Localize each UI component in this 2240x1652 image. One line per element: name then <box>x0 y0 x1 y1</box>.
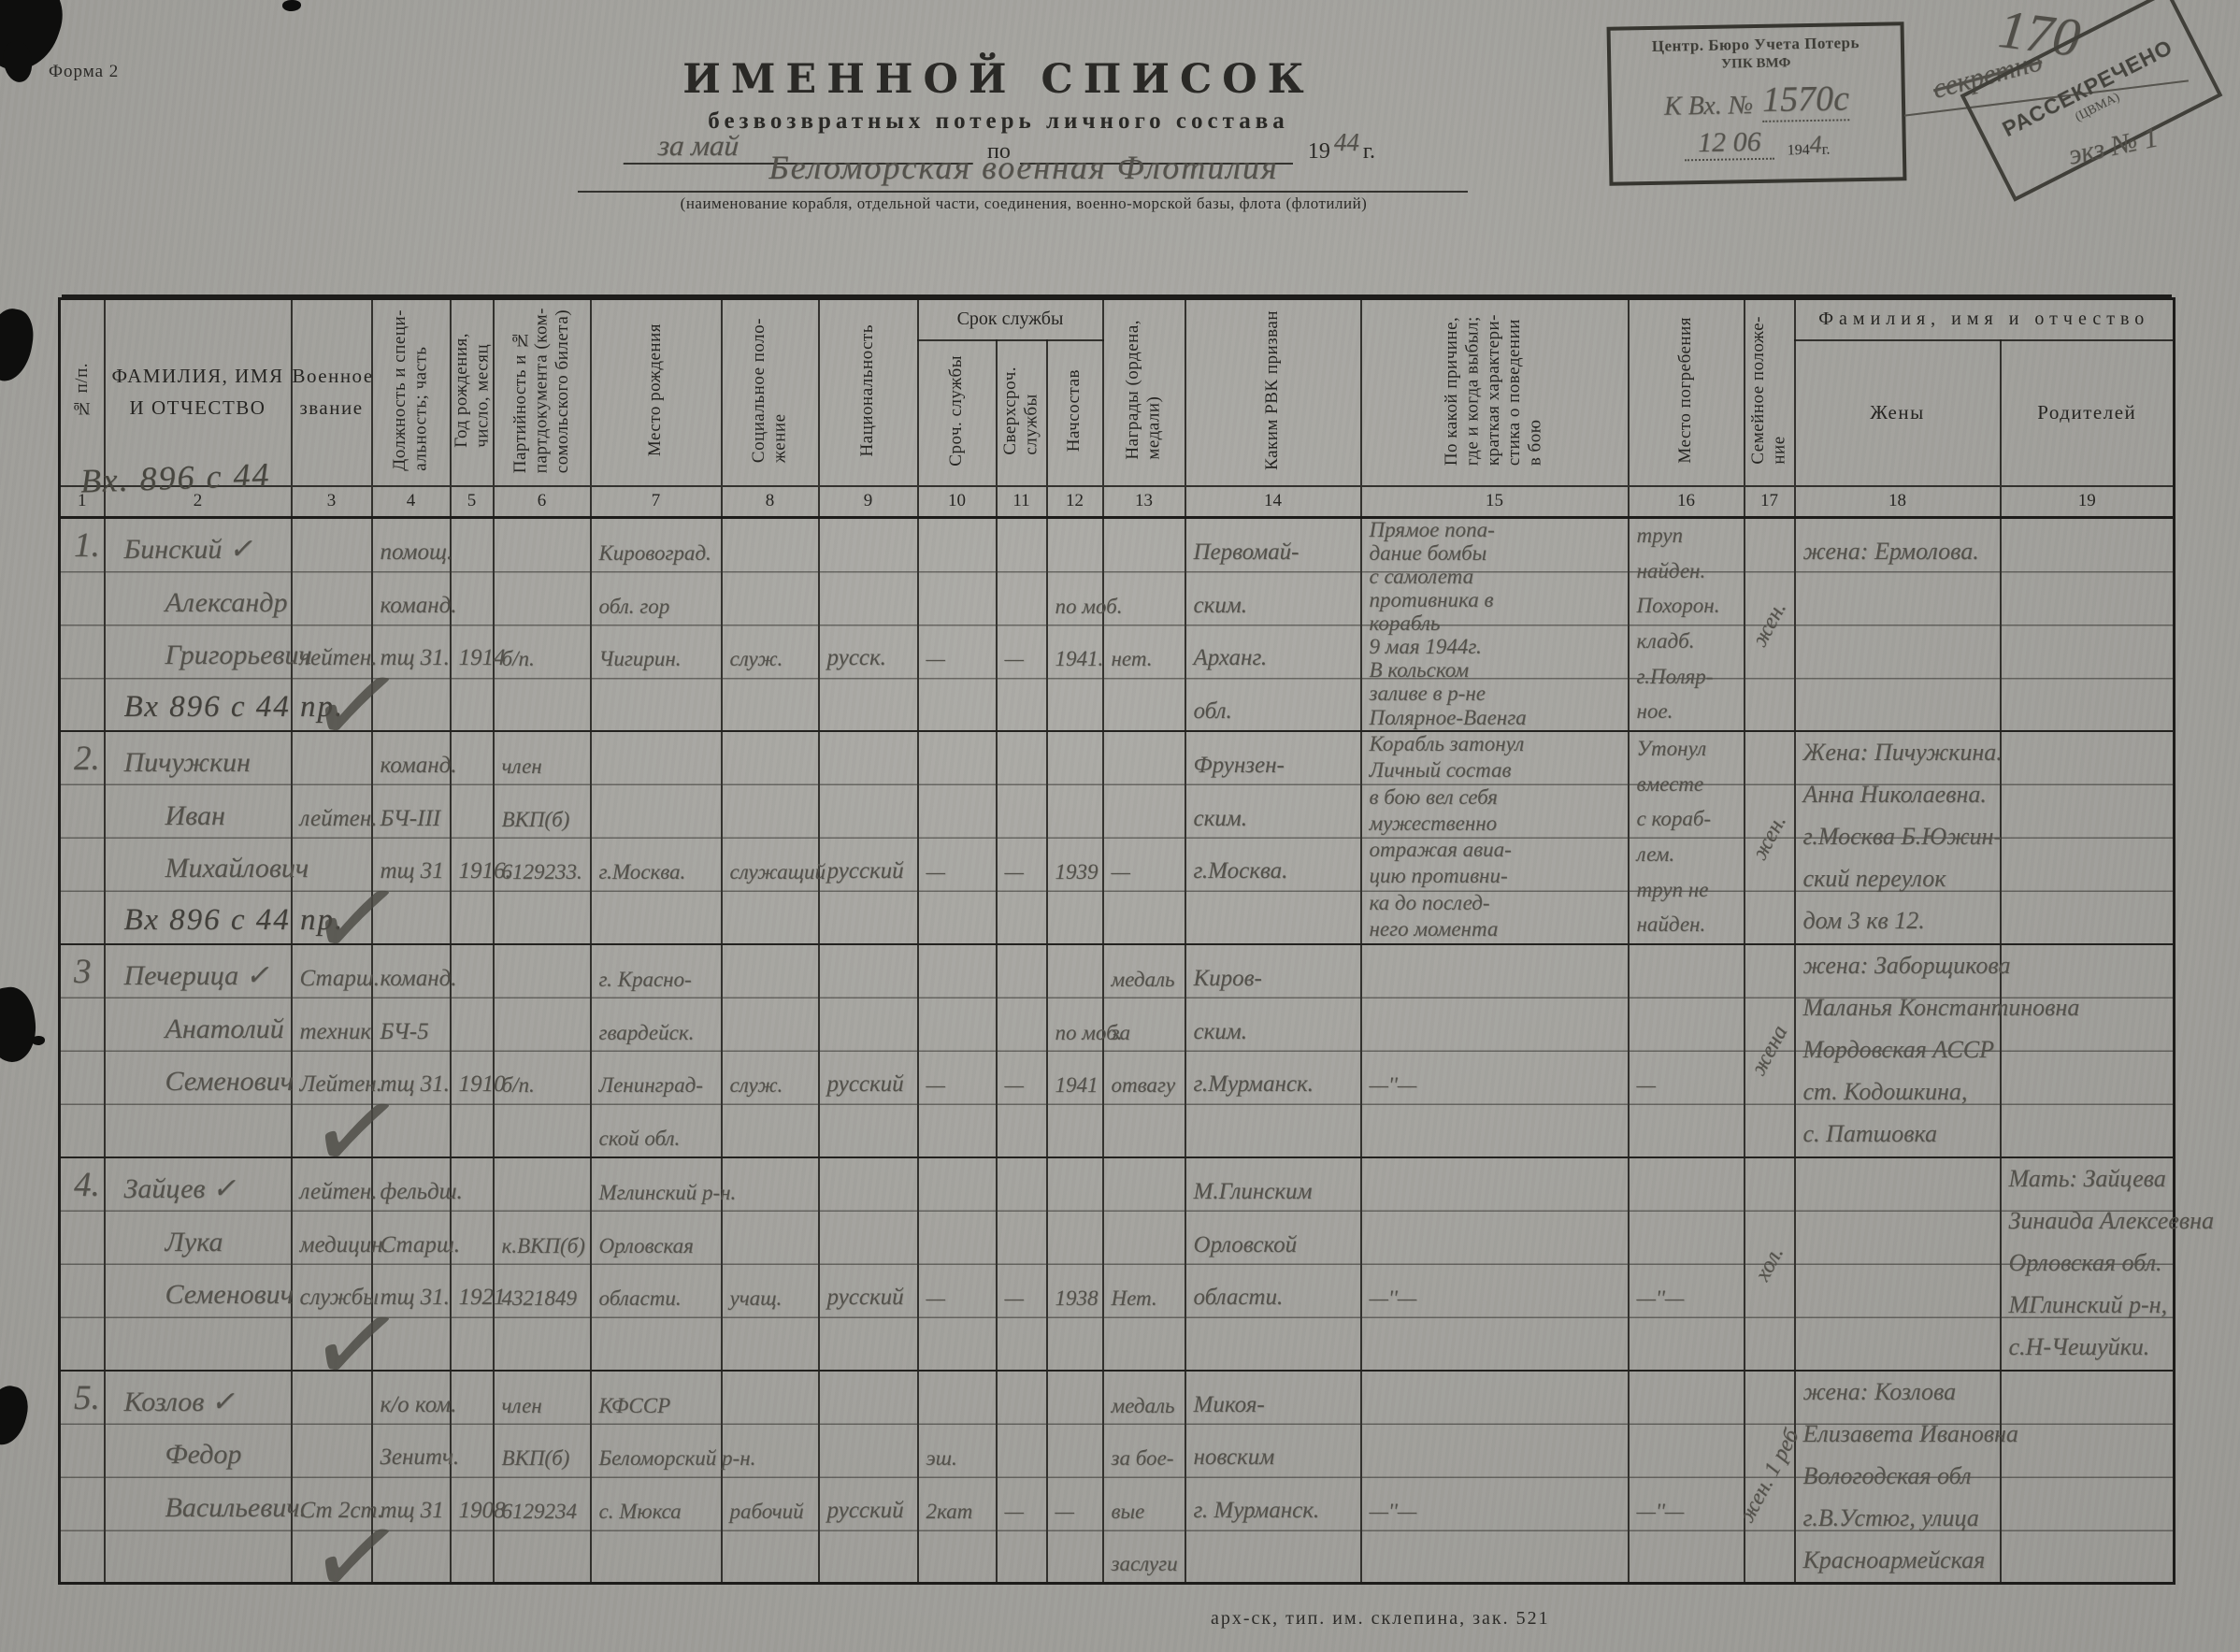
col-header-conscript: Сроч. службы <box>918 340 997 486</box>
handwritten-text: — <box>926 860 945 884</box>
entry-3-col-16: — <box>1629 944 1745 1157</box>
handwritten-text: г.Мурманск. <box>1194 1071 1314 1098</box>
handwritten-text: Федор <box>165 1439 242 1471</box>
handwritten-text: 2. <box>68 739 100 779</box>
handwritten-text: области. <box>1194 1285 1284 1311</box>
col-header-party: Партийность и № партдокумента (ком- сомо… <box>494 299 591 486</box>
column-number: 15 <box>1361 486 1629 518</box>
handwritten-text: в бою вел себя <box>1370 785 1498 810</box>
entry-5-col-4: к/о ком.Зенитч.тщ 31 <box>372 1371 451 1584</box>
scan-artifact <box>0 984 40 1066</box>
handwritten-text: Зинаида Алексеевна <box>2009 1207 2214 1235</box>
entry-5-col-8: рабочий <box>722 1371 819 1584</box>
handwritten-text: лем. <box>1637 842 1675 867</box>
handwritten-text: —''— <box>1637 1500 1685 1524</box>
entry-4-col-10: — <box>918 1157 997 1371</box>
entry-3-col-9: русский <box>819 944 918 1157</box>
entry-4-col-6: к.ВКП(б)4321849 <box>494 1157 591 1371</box>
handwritten-text: член <box>502 754 542 779</box>
handwritten-text: Орловская <box>599 1234 694 1258</box>
handwritten-text: Чигирин. <box>599 647 682 671</box>
entry-2-col-2: ПичужкинИванМихайловичВх 896 с 44 пр. <box>105 731 292 944</box>
handwritten-text: 6129233. <box>502 860 582 884</box>
stamp-entry-label: К Вх. № <box>1664 91 1754 122</box>
handwritten-text: Мглинский р-н. <box>599 1181 737 1205</box>
scan-artifact <box>282 0 301 11</box>
handwritten-text: Пичужкин <box>124 747 251 779</box>
entry-1-col-19 <box>2001 518 2175 731</box>
column-number: 9 <box>819 486 918 518</box>
handwritten-text: русский <box>827 858 904 884</box>
handwritten-text: г.Москва Б.Южин- <box>1803 823 2003 851</box>
entry-3-col-15: —''— <box>1361 944 1629 1157</box>
entry-4-col-12: 1938 <box>1047 1157 1103 1371</box>
handwritten-text: нет. <box>1112 647 1153 671</box>
handwritten-text: 2кат <box>926 1500 973 1524</box>
handwritten-text: тщ 31. <box>381 645 450 671</box>
roster-row: 4.Зайцев ✓ЛукаСеменовичлейтен.медицин.сл… <box>60 1157 2175 1371</box>
handwritten-text: КФССР <box>599 1394 671 1418</box>
handwritten-text: Кировоград. <box>599 541 711 566</box>
handwritten-text: Мордовская АССР <box>1803 1036 1994 1064</box>
handwritten-text: б/п. <box>502 1073 535 1098</box>
handwritten-text: Жена: Пичужкина. <box>1803 739 2003 767</box>
handwritten-text: 6129234 <box>502 1500 578 1524</box>
col-header-cause: По какой причине, где и когда выбыл; кра… <box>1361 299 1629 486</box>
handwritten-text: ВКП(б) <box>502 808 570 832</box>
stamp-date-digit: 4 <box>1809 131 1822 159</box>
handwritten-text: области. <box>599 1286 682 1311</box>
entry-2-col-6: членВКП(б)6129233. <box>494 731 591 944</box>
col-header-extended: Сверхсроч. службы <box>997 340 1047 486</box>
entry-4-col-4: фельдш.Старш.тщ 31. <box>372 1157 451 1371</box>
handwritten-text: Полярное-Ваенга <box>1370 706 1527 730</box>
handwritten-text: заливе в р-не <box>1370 682 1486 706</box>
handwritten-text: 4321849 <box>502 1286 578 1311</box>
handwritten-text: г. Мурманск. <box>1194 1498 1320 1524</box>
column-number-row: 1 2 3 4 5 6 7 8 9 10 11 12 13 14 15 16 1… <box>60 486 2175 518</box>
handwritten-text: лейтен. <box>300 1179 378 1205</box>
entry-1-col-4: помощ.команд.тщ 31. <box>372 518 451 731</box>
entry-4-col-2: Зайцев ✓ЛукаСеменович <box>105 1157 292 1371</box>
entry-1-col-17: жен. <box>1745 518 1795 731</box>
col-header-rank: Военное звание <box>292 299 372 486</box>
entry-2-col-17: жен. <box>1745 731 1795 944</box>
handwritten-text: Личный состав <box>1370 758 1512 783</box>
column-number: 10 <box>918 486 997 518</box>
handwritten-text: тщ 31 <box>381 1498 444 1524</box>
column-number: 17 <box>1745 486 1795 518</box>
entry-3-col-14: Киров-ским.г.Мурманск. <box>1185 944 1361 1157</box>
col-header-nationality: Национальность <box>819 299 918 486</box>
page-title: ИМЕННОЙ СПИСОК <box>559 56 1438 103</box>
entry-5-col-5: 1908 <box>451 1371 494 1584</box>
handwritten-text: служ. <box>730 1073 783 1098</box>
family-status-handwritten: хол. <box>1750 1242 1789 1285</box>
handwritten-text: Григорьевич <box>165 639 312 671</box>
entry-1-col-2: Бинский ✓АлександрГригорьевичВх 896 с 44… <box>105 518 292 731</box>
handwritten-text: жена: Козлова <box>1803 1378 1957 1406</box>
handwritten-text: 4. <box>68 1165 100 1205</box>
handwritten-text: жена: Заборщикова <box>1803 952 2011 980</box>
family-status-handwritten: жен. <box>1747 811 1792 864</box>
handwritten-text: с.Н-Чешуйки. <box>2009 1333 2150 1361</box>
col-header-family-status: Семейное положе- ние <box>1745 299 1795 486</box>
entry-1-col-5: 1914 <box>451 518 494 731</box>
col-header-serial: № п/п. <box>60 299 105 486</box>
handwritten-text: Орловская обл. <box>2009 1249 2162 1277</box>
scan-artifact <box>32 1036 45 1045</box>
handwritten-text: дом 3 кв 12. <box>1803 907 1925 935</box>
handwritten-text: мужественно <box>1370 812 1498 836</box>
handwritten-text: новским <box>1194 1444 1275 1471</box>
handwritten-text: найден. <box>1637 559 1706 583</box>
entry-3-col-19 <box>2001 944 2175 1157</box>
handwritten-text: эш. <box>926 1446 957 1471</box>
col-header-parents: Родителей <box>2001 340 2175 486</box>
col-header-duty: Должность и специ- альность; часть <box>372 299 451 486</box>
handwritten-text: М.Глинским <box>1194 1179 1313 1205</box>
handwritten-text: Васильевич. <box>165 1492 308 1524</box>
entry-1-col-15: Прямое попа-дание бомбыс самолетапротивн… <box>1361 518 1629 731</box>
handwritten-text: гвардейск. <box>599 1021 695 1045</box>
handwritten-text: Михайлович <box>165 853 309 884</box>
handwritten-text: лейтен. <box>300 806 378 832</box>
handwritten-text: служ. <box>730 647 783 671</box>
entry-2-col-18: Жена: Пичужкина.Анна Николаевна.г.Москва… <box>1795 731 2001 944</box>
column-number: 14 <box>1185 486 1361 518</box>
handwritten-text: 1939 <box>1055 860 1098 884</box>
stamp-org-line1: Центр. Бюро Учета Потерь <box>1652 34 1860 56</box>
handwritten-text: —''— <box>1370 1073 1417 1098</box>
handwritten-text: Козлов ✓ <box>124 1386 235 1418</box>
handwritten-text: медаль <box>1112 1394 1175 1418</box>
handwritten-text: русск. <box>827 645 886 671</box>
entry-5-col-11: — <box>997 1371 1047 1584</box>
handwritten-text: найден. <box>1637 912 1706 937</box>
handwritten-text: Лейтен. <box>300 1071 382 1098</box>
unit-name-handwritten: Беломорская военная Флотилия <box>580 148 1468 187</box>
handwritten-text: вые <box>1112 1500 1145 1524</box>
handwritten-text: 1. <box>68 525 100 566</box>
handwritten-text: 1941. <box>1055 647 1104 671</box>
entry-3-col-18: жена: ЗаборщиковаМаланья КонстантиновнаМ… <box>1795 944 2001 1157</box>
casualty-roster-table: № п/п. ФАМИЛИЯ, ИМЯ И ОТЧЕСТВО Военное з… <box>58 297 2175 1585</box>
handwritten-text: ским. <box>1194 1019 1248 1045</box>
scan-artifact <box>0 305 37 384</box>
entry-5-col-2: Козлов ✓ФедорВасильевич. <box>105 1371 292 1584</box>
handwritten-text: — <box>1637 1073 1656 1098</box>
handwritten-text: Микоя- <box>1194 1392 1265 1418</box>
entry-2-col-10: — <box>918 731 997 944</box>
handwritten-text: труп не <box>1637 878 1709 902</box>
entry-4-col-13: Нет. <box>1103 1157 1185 1371</box>
entry-1-col-9: русск. <box>819 518 918 731</box>
handwritten-text: тщ 31 <box>381 858 444 884</box>
handwritten-text: него момента <box>1370 917 1499 941</box>
entry-3-col-4: команд.БЧ-5тщ 31. <box>372 944 451 1157</box>
handwritten-text: ВКП(б) <box>502 1446 570 1471</box>
entry-3-col-6: б/п. <box>494 944 591 1157</box>
handwritten-text: русский <box>827 1285 904 1311</box>
handwritten-text: учащ. <box>730 1286 783 1311</box>
handwritten-text: рабочий <box>730 1500 804 1524</box>
handwritten-text: Анна Николаевна. <box>1803 781 1987 809</box>
col-header-awards: Награды (ордена, медали) <box>1103 299 1185 486</box>
handwritten-text: 5. <box>68 1378 100 1418</box>
scan-artifact <box>0 1382 33 1449</box>
document-page: Форма 2 ИМЕННОЙ СПИСОК безвозвратных пот… <box>0 0 2240 1652</box>
roster-row: 3Печерица ✓АнатолийСеменовичСтарш.техник… <box>60 944 2175 1157</box>
entry-4-col-18 <box>1795 1157 2001 1371</box>
handwritten-text: г.Москва. <box>1194 858 1288 884</box>
entry-4-col-15: —''— <box>1361 1157 1629 1371</box>
handwritten-text: Лука <box>165 1227 223 1258</box>
handwritten-text: б/п. <box>502 647 535 671</box>
handwritten-text: Анатолий <box>165 1013 284 1045</box>
handwritten-text: Арханг. <box>1194 645 1268 671</box>
handwritten-text: с. Мюкса <box>599 1500 682 1524</box>
stamp-org-line2: УПК ВМФ <box>1721 55 1790 72</box>
handwritten-text: ка до послед- <box>1370 891 1490 915</box>
entry-1-col-6: б/п. <box>494 518 591 731</box>
entry-5-col-9: русский <box>819 1371 918 1584</box>
handwritten-text: русский <box>827 1071 904 1098</box>
handwritten-text: команд. <box>381 753 457 779</box>
entry-1-col-10: — <box>918 518 997 731</box>
stamp-date-suffix: г. <box>1822 142 1831 159</box>
handwritten-text: Семенович <box>165 1279 294 1311</box>
handwritten-text: БЧ-5 <box>381 1019 429 1045</box>
column-number: 19 <box>2001 486 2175 518</box>
handwritten-text: Зайцев ✓ <box>124 1172 237 1205</box>
handwritten-text: Иван <box>165 800 225 832</box>
handwritten-text: помощ. <box>381 539 453 566</box>
registration-stamp: Центр. Бюро Учета Потерь УПК ВМФ К Вх. №… <box>1607 22 1907 186</box>
handwritten-text: к.ВКП(б) <box>502 1234 585 1258</box>
entry-4-col-3: лейтен.медицин.службы✓ <box>292 1157 372 1371</box>
entry-2-col-1: 2. <box>60 731 105 944</box>
handwritten-text: — <box>1005 1073 1024 1098</box>
family-status-handwritten: жена <box>1745 1021 1792 1080</box>
entry-3-col-12: по моб.1941 <box>1047 944 1103 1157</box>
entry-2-col-5: 1916. <box>451 731 494 944</box>
column-number: 11 <box>997 486 1047 518</box>
entry-4-col-19: Мать: ЗайцеваЗинаида АлексеевнаОрловская… <box>2001 1157 2175 1371</box>
handwritten-text: Нет. <box>1112 1286 1157 1311</box>
handwritten-text: — <box>1005 1500 1024 1524</box>
col-header-burial: Место погребения <box>1629 299 1745 486</box>
entry-3-col-10: — <box>918 944 997 1157</box>
column-number: 12 <box>1047 486 1103 518</box>
column-number: 6 <box>494 486 591 518</box>
handwritten-text: — <box>926 1286 945 1311</box>
entry-5-col-14: Микоя-новскимг. Мурманск. <box>1185 1371 1361 1584</box>
handwritten-text: —''— <box>1370 1286 1417 1311</box>
handwritten-text: Утонул <box>1637 737 1707 761</box>
column-number: 18 <box>1795 486 2001 518</box>
handwritten-text: за <box>1112 1021 1130 1045</box>
column-number: 3 <box>292 486 372 518</box>
handwritten-text: 9 мая 1944г. <box>1370 635 1482 659</box>
handwritten-text: к/о ком. <box>381 1392 457 1418</box>
entry-2-col-19 <box>2001 731 2175 944</box>
entry-1-col-7: Кировоград.обл. горЧигирин. <box>591 518 722 731</box>
handwritten-text: ской обл. <box>599 1127 681 1151</box>
column-number: 13 <box>1103 486 1185 518</box>
handwritten-text: г. Красно- <box>599 968 692 992</box>
handwritten-text: 1938 <box>1055 1286 1098 1311</box>
handwritten-text: тщ 31. <box>381 1285 450 1311</box>
entry-5-col-6: членВКП(б)6129234 <box>494 1371 591 1584</box>
col-header-social: Социальное поло- жение <box>722 299 819 486</box>
group-header-next-of-kin: Фамилия, имя и отчество <box>1795 299 2175 340</box>
handwritten-text: Ленинград- <box>599 1073 703 1098</box>
table-header: № п/п. ФАМИЛИЯ, ИМЯ И ОТЧЕСТВО Военное з… <box>60 299 2175 518</box>
handwritten-text: В кольском <box>1370 658 1470 682</box>
entry-4-col-16: —''— <box>1629 1157 1745 1371</box>
handwritten-text: БЧ-III <box>381 806 441 832</box>
handwritten-text: —''— <box>1637 1286 1685 1311</box>
handwritten-text: вместе <box>1637 772 1704 797</box>
handwritten-text: Старш. <box>300 966 381 992</box>
roster-row: 1.Бинский ✓АлександрГригорьевичВх 896 с … <box>60 518 2175 731</box>
handwritten-text: Бинский ✓ <box>124 533 253 566</box>
handwritten-text: Красноармейская <box>1803 1546 1986 1574</box>
entry-1-col-14: Первомай-ским.Арханг.обл. <box>1185 518 1361 731</box>
handwritten-text: г.В.Устюг, улица <box>1803 1504 1979 1532</box>
entry-5-col-7: КФССРБеломорский р-н.с. Мюкса <box>591 1371 722 1584</box>
entry-5-col-3: Ст 2ст.✓ <box>292 1371 372 1584</box>
entry-3-col-2: Печерица ✓АнатолийСеменович <box>105 944 292 1157</box>
handwritten-text: цию противни- <box>1370 864 1508 888</box>
handwritten-text: — <box>1005 1286 1024 1311</box>
entry-3-col-17: жена <box>1745 944 1795 1157</box>
handwritten-text: техник <box>300 1019 372 1045</box>
entry-2-col-16: Утонулвместес кораб-лем.труп ненайден. <box>1629 731 1745 944</box>
unit-caption: (наименование корабля, отдельной части, … <box>486 194 1561 213</box>
entry-4-col-11: — <box>997 1157 1047 1371</box>
entry-1-col-8: служ. <box>722 518 819 731</box>
handwritten-text: жена: Ермолова. <box>1803 538 1979 566</box>
entry-2-col-7: г.Москва. <box>591 731 722 944</box>
entry-5-col-1: 5. <box>60 1371 105 1584</box>
entry-1-col-13: нет. <box>1103 518 1185 731</box>
handwritten-text: Мать: Зайцева <box>2009 1165 2166 1193</box>
entry-2-col-3: лейтен.✓ <box>292 731 372 944</box>
roster-row: 5.Козлов ✓ФедорВасильевич.Ст 2ст.✓к/о ко… <box>60 1371 2175 1584</box>
table-body: 1.Бинский ✓АлександрГригорьевичВх 896 с … <box>60 518 2175 1584</box>
entry-5-col-18: жена: КозловаЕлизавета ИвановнаВологодск… <box>1795 1371 2001 1584</box>
column-number: 4 <box>372 486 451 518</box>
entry-3-col-3: Старш.техникЛейтен.✓ <box>292 944 372 1157</box>
entry-3-col-8: служ. <box>722 944 819 1157</box>
handwritten-text: ским. <box>1194 806 1248 832</box>
handwritten-text: противника в <box>1370 588 1494 612</box>
entry-2-col-9: русский <box>819 731 918 944</box>
entry-4-col-1: 4. <box>60 1157 105 1371</box>
handwritten-text: Печерица ✓ <box>124 959 269 992</box>
entry-2-col-11: — <box>997 731 1047 944</box>
entry-3-col-13: медальзаотвагу <box>1103 944 1185 1157</box>
handwritten-text: Елизавета Ивановна <box>1803 1420 2018 1448</box>
group-header-service-term: Срок службы <box>918 299 1103 340</box>
print-shop-imprint: арх-ск, тип. им. склепина, зак. 521 <box>1211 1608 1550 1630</box>
entry-5-col-10: эш.2кат <box>918 1371 997 1584</box>
handwritten-text: г.Поляр- <box>1637 665 1714 689</box>
col-header-officer: Начсостав <box>1047 340 1103 486</box>
handwritten-text: русский <box>827 1498 904 1524</box>
entry-3-col-5: 1910 <box>451 944 494 1157</box>
handwritten-text: команд. <box>381 593 457 619</box>
entry-4-col-17: хол. <box>1745 1157 1795 1371</box>
inbox-number-handwritten: Вх. 896 с 44 <box>79 454 271 500</box>
entry-5-col-17: жен. 1 реб <box>1745 1371 1795 1584</box>
entry-4-col-9: русский <box>819 1157 918 1371</box>
handwritten-text: Первомай- <box>1194 539 1299 566</box>
column-number: 8 <box>722 486 819 518</box>
entry-2-col-8: служащий <box>722 731 819 944</box>
handwritten-text: — <box>926 647 945 671</box>
handwritten-text: заслуги <box>1112 1552 1178 1576</box>
entry-2-col-14: Фрунзен-ским.г.Москва. <box>1185 731 1361 944</box>
stamp-entry-number: 1570с <box>1762 78 1850 122</box>
handwritten-text: 3 <box>68 952 92 992</box>
entry-2-col-4: команд.БЧ-IIIтщ 31 <box>372 731 451 944</box>
handwritten-text: корабль <box>1370 611 1441 636</box>
handwritten-text: обл. гор <box>599 595 670 619</box>
handwritten-text: отражая авиа- <box>1370 838 1512 862</box>
handwritten-text: —''— <box>1370 1500 1417 1524</box>
handwritten-text: Семенович <box>165 1066 294 1098</box>
entry-1-col-18: жена: Ермолова. <box>1795 518 2001 731</box>
handwritten-text: — <box>926 1073 945 1098</box>
handwritten-text: обл. <box>1194 698 1232 725</box>
handwritten-text: службы <box>300 1285 380 1311</box>
entry-2-col-12: 1939 <box>1047 731 1103 944</box>
col-header-birthplace: Место рождения <box>591 299 722 486</box>
handwritten-text: ским. <box>1194 593 1248 619</box>
handwritten-text: тщ 31. <box>381 1071 450 1098</box>
handwritten-text: Прямое попа- <box>1370 518 1495 542</box>
entry-4-col-14: М.ГлинскимОрловскойобласти. <box>1185 1157 1361 1371</box>
handwritten-text: — <box>1005 647 1024 671</box>
column-number: 16 <box>1629 486 1745 518</box>
entry-5-col-15: —''— <box>1361 1371 1629 1584</box>
handwritten-text: МГлинский р-н, <box>2009 1291 2168 1319</box>
handwritten-text: Вологодская обл <box>1803 1462 1972 1490</box>
entry-3-col-11: — <box>997 944 1047 1157</box>
handwritten-text: с самолета <box>1370 565 1474 589</box>
entry-5-col-19 <box>2001 1371 2175 1584</box>
entry-5-col-16: —''— <box>1629 1371 1745 1584</box>
handwritten-text: Фрунзен- <box>1194 753 1285 779</box>
stamp-date-handwritten: 12 06 <box>1685 126 1774 162</box>
entry-1-col-3: лейтен.✓ <box>292 518 372 731</box>
handwritten-text: за бое- <box>1112 1446 1174 1471</box>
handwritten-text: Похорон. <box>1637 594 1720 618</box>
entry-2-col-13: — <box>1103 731 1185 944</box>
handwritten-text: Корабль затонул <box>1370 732 1525 756</box>
entry-1-col-11: — <box>997 518 1047 731</box>
entry-3-col-7: г. Красно-гвардейск.Ленинград-ской обл. <box>591 944 722 1157</box>
handwritten-text: Орловской <box>1194 1232 1298 1258</box>
unit-underline <box>578 191 1468 193</box>
handwritten-text: — <box>1005 860 1024 884</box>
handwritten-text: Зенитч. <box>381 1444 460 1471</box>
entry-4-col-8: учащ. <box>722 1157 819 1371</box>
handwritten-text: отвагу <box>1112 1073 1176 1098</box>
